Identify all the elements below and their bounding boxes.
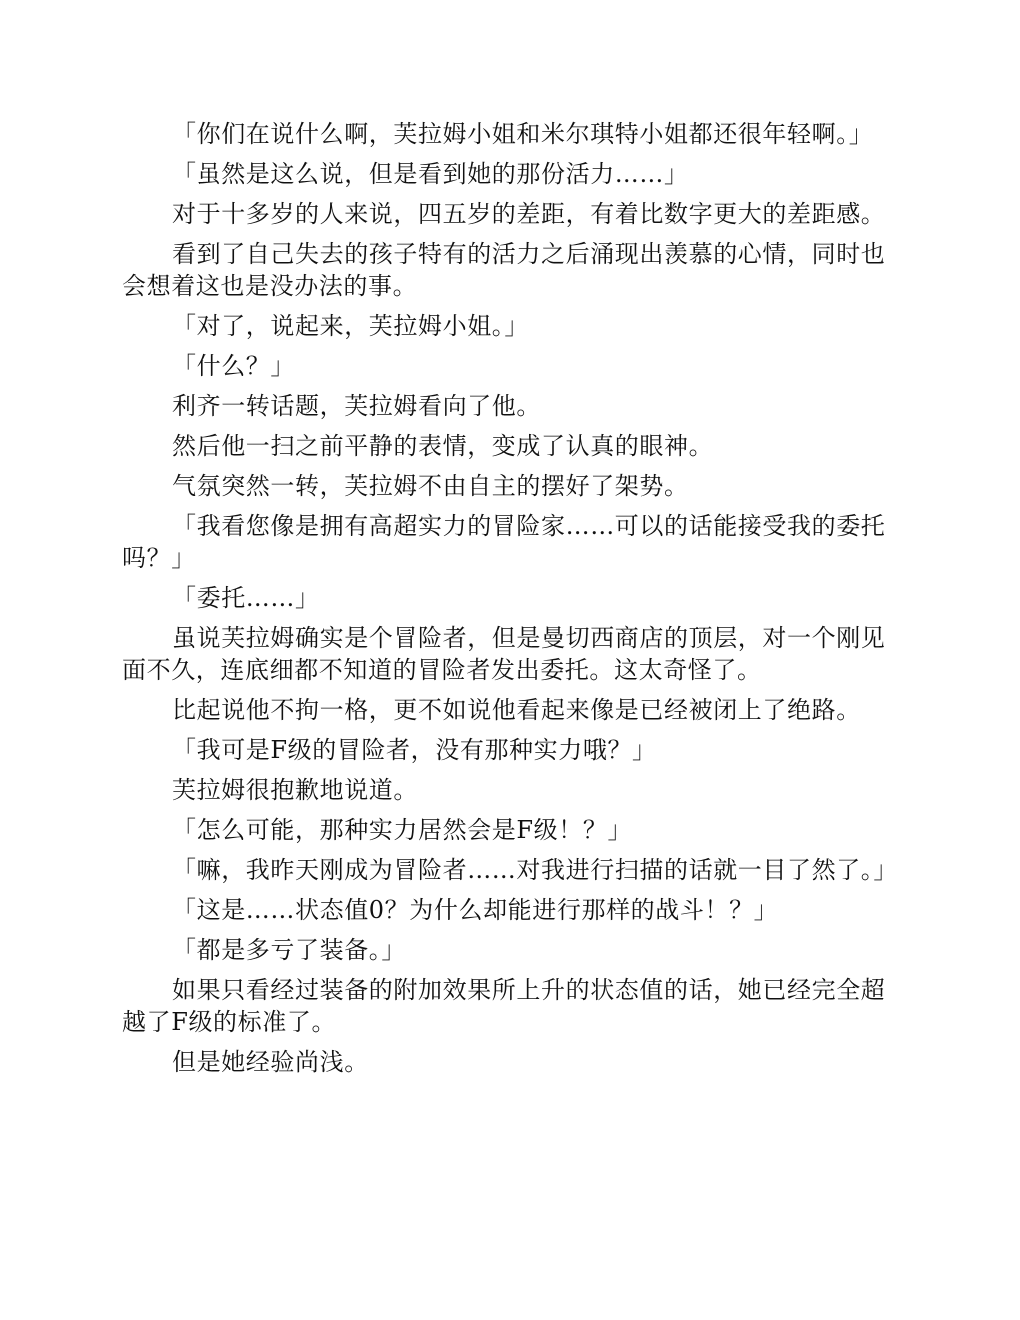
paragraph: 「你们在说什么啊，芙拉姆小姐和米尔琪特小姐都还很年轻啊。」 [122,118,898,150]
paragraph: 对于十多岁的人来说，四五岁的差距，有着比数字更大的差距感。 [122,198,898,230]
document-page: 「你们在说什么啊，芙拉姆小姐和米尔琪特小姐都还很年轻啊。」 「虽然是这么说，但是… [122,118,898,1086]
paragraph: 「嘛，我昨天刚成为冒险者……对我进行扫描的话就一目了然了。」 [122,854,898,886]
paragraph: 「对了，说起来，芙拉姆小姐。」 [122,310,898,342]
paragraph: 气氛突然一转，芙拉姆不由自主的摆好了架势。 [122,470,898,502]
paragraph: 但是她经验尚浅。 [122,1046,898,1078]
paragraph: 「虽然是这么说，但是看到她的那份活力……」 [122,158,898,190]
paragraph: 芙拉姆很抱歉地说道。 [122,774,898,806]
paragraph: 「我看您像是拥有高超实力的冒险家……可以的话能接受我的委托吗？」 [122,510,898,574]
paragraph: 「委托……」 [122,582,898,614]
paragraph: 然后他一扫之前平静的表情，变成了认真的眼神。 [122,430,898,462]
paragraph: 如果只看经过装备的附加效果所上升的状态值的话，她已经完全超越了F级的标准了。 [122,974,898,1038]
paragraph: 「我可是F级的冒险者，没有那种实力哦？」 [122,734,898,766]
paragraph: 比起说他不拘一格，更不如说他看起来像是已经被闭上了绝路。 [122,694,898,726]
paragraph: 「什么？」 [122,350,898,382]
paragraph: 利齐一转话题，芙拉姆看向了他。 [122,390,898,422]
paragraph: 看到了自己失去的孩子特有的活力之后涌现出羡慕的心情，同时也会想着这也是没办法的事… [122,238,898,302]
paragraph: 「这是……状态值0？为什么却能进行那样的战斗！？」 [122,894,898,926]
paragraph: 「怎么可能，那种实力居然会是F级！？」 [122,814,898,846]
paragraph: 虽说芙拉姆确实是个冒险者，但是曼切西商店的顶层，对一个刚见面不久，连底细都不知道… [122,622,898,686]
paragraph: 「都是多亏了装备。」 [122,934,898,966]
